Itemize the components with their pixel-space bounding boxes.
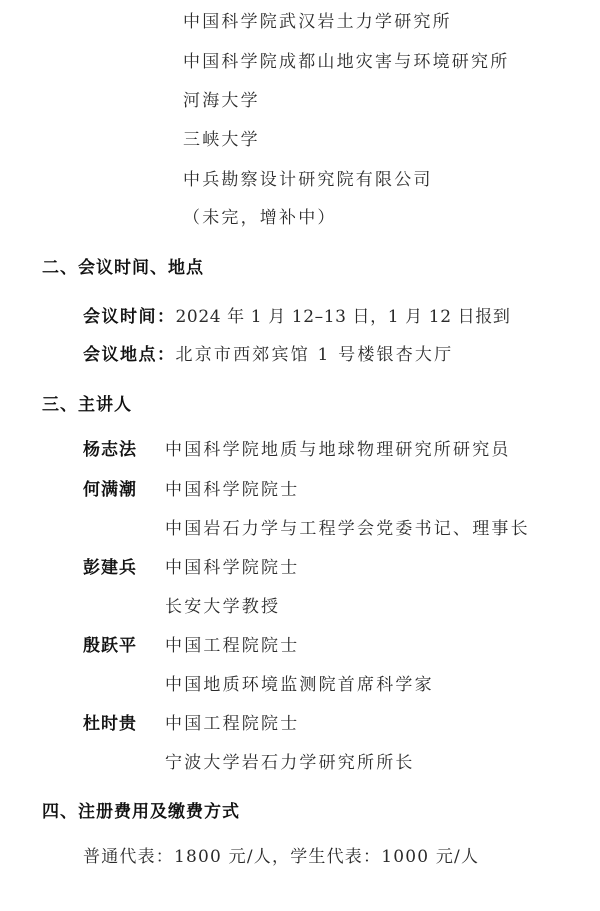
- speaker-name: 殷跃平: [83, 635, 137, 657]
- speaker-title: 长安大学教授: [165, 596, 280, 618]
- organizer-item: 三峡大学: [183, 129, 260, 151]
- meeting-place-label: 会议地点：: [83, 345, 176, 365]
- speaker-name: 杜时贵: [83, 713, 137, 735]
- organizer-note: （未完，增补中）: [183, 207, 337, 229]
- speaker-name: 何满潮: [83, 479, 137, 501]
- speaker-title: 中国工程院院士: [165, 635, 299, 657]
- speaker-title: 中国地质环境监测院首席科学家: [165, 674, 434, 696]
- section-heading-time-place: 二、会议时间、地点: [42, 257, 204, 279]
- organizer-item: 中国科学院成都山地灾害与环境研究所: [183, 51, 509, 73]
- speaker-name: 彭建兵: [83, 557, 137, 579]
- speaker-title: 中国岩石力学与工程学会党委书记、理事长: [165, 518, 530, 540]
- section-heading-registration-fee: 四、注册费用及缴费方式: [42, 801, 240, 823]
- meeting-time-label: 会议时间：: [83, 307, 176, 327]
- speaker-name: 杨志法: [83, 439, 137, 461]
- registration-fee-text: 普通代表：1800 元/人，学生代表：1000 元/人: [83, 846, 479, 868]
- meeting-time-value: 2024 年 1 月 12–13 日，1 月 12 日报到: [176, 307, 511, 327]
- organizer-item: 中兵勘察设计研究院有限公司: [183, 169, 433, 191]
- speaker-title: 中国科学院院士: [165, 479, 299, 501]
- speaker-title: 中国科学院地质与地球物理研究所研究员: [165, 439, 511, 461]
- organizer-item: 河海大学: [183, 90, 260, 112]
- meeting-place-row: 会议地点：北京市西郊宾馆 1 号楼银杏大厅: [83, 344, 453, 366]
- organizer-item: 中国科学院武汉岩土力学研究所: [183, 11, 452, 33]
- speaker-title: 宁波大学岩石力学研究所所长: [165, 752, 415, 774]
- section-heading-speakers: 三、主讲人: [42, 394, 132, 416]
- meeting-time-row: 会议时间：2024 年 1 月 12–13 日，1 月 12 日报到: [83, 306, 510, 328]
- speaker-title: 中国科学院院士: [165, 557, 299, 579]
- meeting-place-value: 北京市西郊宾馆 1 号楼银杏大厅: [176, 345, 454, 365]
- speaker-title: 中国工程院院士: [165, 713, 299, 735]
